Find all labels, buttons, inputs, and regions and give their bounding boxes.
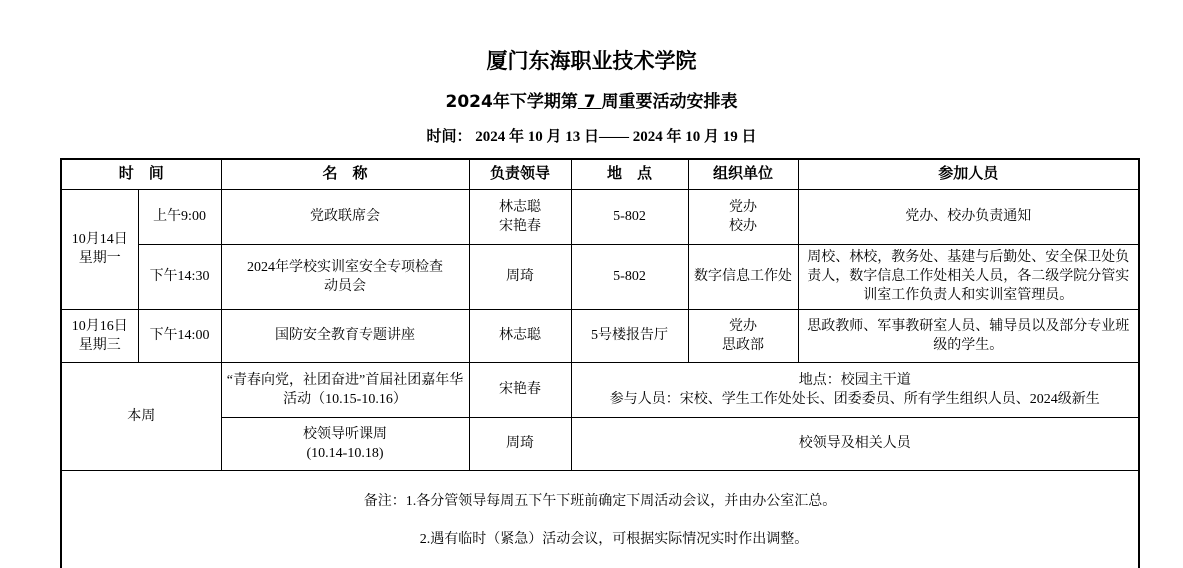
cell-date-monday: 10月14日 星期一 [61,189,138,309]
date-range-label: 时间： [426,129,471,145]
cell-leader-listening: 周琦 [469,417,571,470]
subtitle-prefix: 2024年下学期第 [446,92,578,112]
row-week-carnival: 本周 “青春向党，社团奋进”首届社团嘉年华 活动（10.15-10.16） 宋艳… [61,362,1139,417]
cell-location-monday-morning: 5-802 [571,189,688,244]
cell-participants-wednesday: 思政教师、军事教研室人员、辅导员以及部分专业班级的学生。 [798,309,1139,362]
cell-org-monday-morning: 党办 校办 [688,189,798,244]
row-monday-morning: 10月14日 星期一 上午9:00 党政联席会 林志聪 宋艳春 5-802 党办… [61,189,1139,244]
col-header-leader: 负责领导 [469,159,571,189]
header-row: 时 间 名 称 负责领导 地 点 组织单位 参加人员 [61,159,1139,189]
note-line-1: 备注：1.各分管领导每周五下午下班前确定下周活动会议，并由办公室汇总。 [66,492,1134,511]
cell-location-wednesday: 5号楼报告厅 [571,309,688,362]
cell-date-wednesday: 10月16日 星期三 [61,309,138,362]
cell-week-label: 本周 [61,362,221,470]
col-header-time: 时 间 [61,159,221,189]
cell-leader-wednesday: 林志聪 [469,309,571,362]
cell-name-monday-morning: 党政联席会 [221,189,469,244]
note-line-2: 2.遇有临时（紧急）活动会议，可根据实际情况实时作出调整。 [66,530,1134,549]
col-header-participants: 参加人员 [798,159,1139,189]
schedule-document: 厦门东海职业技术学院 2024年下学期第 7 周重要活动安排表 时间： 2024… [0,0,1183,568]
row-monday-afternoon: 下午14:30 2024年学校实训室安全专项检查 动员会 周琦 5-802 数字… [61,244,1139,309]
subtitle-week-number: 7 [578,92,602,112]
cell-details-listening: 校领导及相关人员 [571,417,1139,470]
row-wednesday: 10月16日 星期三 下午14:00 国防安全教育专题讲座 林志聪 5号楼报告厅… [61,309,1139,362]
cell-leader-carnival: 宋艳春 [469,362,571,417]
date-range-value: 2024 年 10 月 13 日—— 2024 年 10 月 19 日 [472,129,757,145]
cell-time-monday-afternoon: 下午14:30 [138,244,221,309]
date-range-line: 时间： 2024 年 10 月 13 日—— 2024 年 10 月 19 日 [0,125,1183,146]
cell-leader-monday-afternoon: 周琦 [469,244,571,309]
cell-leader-monday-morning: 林志聪 宋艳春 [469,189,571,244]
cell-details-carnival: 地点：校园主干道 参与人员：宋校、学生工作处处长、团委委员、所有学生组织人员、2… [571,362,1139,417]
page-title: 厦门东海职业技术学院 [0,48,1183,74]
cell-name-listening: 校领导听课周 (10.14-10.18) [221,417,469,470]
row-week-listening: 校领导听课周 (10.14-10.18) 周琦 校领导及相关人员 [61,417,1139,470]
cell-time-wednesday: 下午14:00 [138,309,221,362]
col-header-location: 地 点 [571,159,688,189]
cell-participants-monday-morning: 党办、校办负责通知 [798,189,1139,244]
cell-name-wednesday: 国防安全教育专题讲座 [221,309,469,362]
page-subtitle: 2024年下学期第 7 周重要活动安排表 [0,87,1183,112]
schedule-table: 时 间 名 称 负责领导 地 点 组织单位 参加人员 10月14日 星期一 上午… [60,158,1140,568]
cell-name-carnival: “青春向党，社团奋进”首届社团嘉年华 活动（10.15-10.16） [221,362,469,417]
col-header-org: 组织单位 [688,159,798,189]
cell-name-monday-afternoon: 2024年学校实训室安全专项检查 动员会 [221,244,469,309]
subtitle-suffix: 周重要活动安排表 [602,92,738,112]
notes-cell: 备注：1.各分管领导每周五下午下班前确定下周活动会议，并由办公室汇总。 2.遇有… [61,470,1139,568]
cell-org-monday-afternoon: 数字信息工作处 [688,244,798,309]
col-header-name: 名 称 [221,159,469,189]
cell-participants-monday-afternoon: 周校、林校，教务处、基建与后勤处、安全保卫处负责人，数字信息工作处相关人员，各二… [798,244,1139,309]
cell-org-wednesday: 党办 思政部 [688,309,798,362]
row-notes: 备注：1.各分管领导每周五下午下班前确定下周活动会议，并由办公室汇总。 2.遇有… [61,470,1139,568]
cell-time-monday-morning: 上午9:00 [138,189,221,244]
cell-location-monday-afternoon: 5-802 [571,244,688,309]
